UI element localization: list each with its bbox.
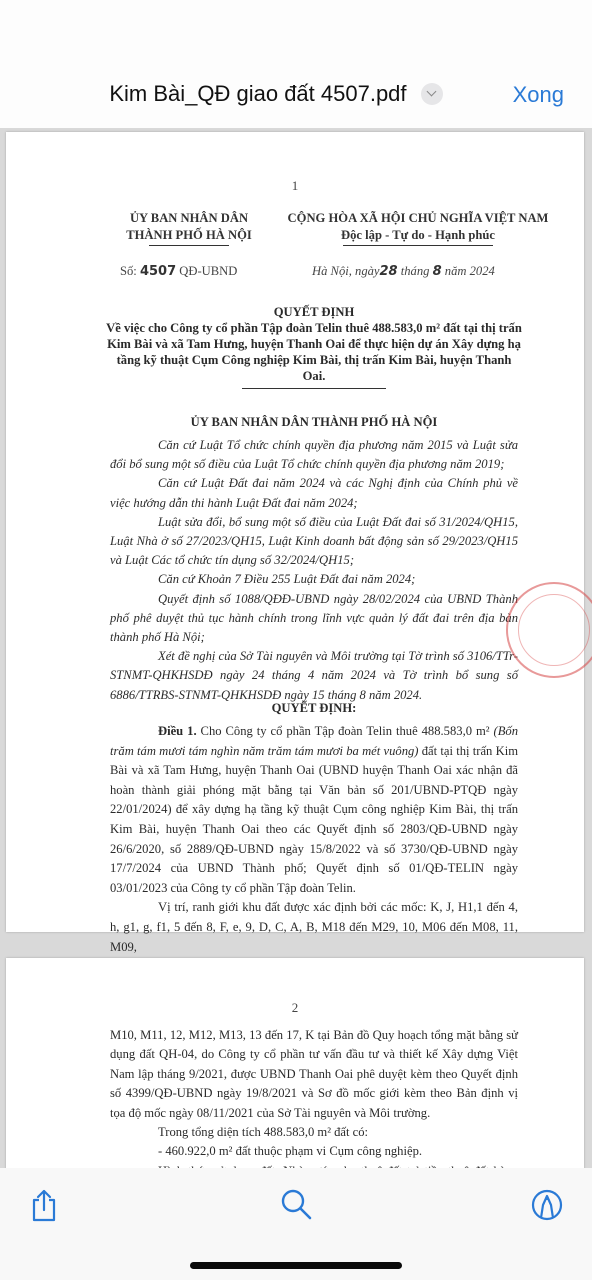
home-indicator[interactable]: [190, 1262, 402, 1269]
national-title: CỘNG HÒA XÃ HỘI CHỦ NGHĨA VIỆT NAM: [268, 210, 568, 227]
preamble-item: Căn cứ Luật Tổ chức chính quyền địa phươ…: [110, 436, 518, 474]
document-number: Số: 4507 QĐ-UBND: [120, 264, 237, 279]
search-icon: [280, 1188, 314, 1222]
search-button[interactable]: [280, 1188, 312, 1220]
issuer-line-1: ỦY BAN NHÂN DÂN: [114, 210, 264, 227]
markup-pen-icon: [530, 1188, 564, 1222]
pdf-page-1: 1 ỦY BAN NHÂN DÂN THÀNH PHỐ HÀ NỘI CỘNG …: [6, 132, 584, 932]
preamble-item: Quyết định số 1088/QĐĐ-UBND ngày 28/02/2…: [110, 590, 518, 648]
article-text: Cho Công ty cổ phần Tập đoàn Telin thuê …: [197, 724, 494, 738]
divider: [149, 245, 229, 246]
date-prefix: Hà Nội, ngày: [312, 264, 380, 278]
preamble-item: Xét đề nghị của Sở Tài nguyên và Môi trư…: [110, 647, 518, 705]
preamble-item: Căn cứ Khoản 7 Điều 255 Luật Đất đai năm…: [110, 570, 518, 589]
decision-title: QUYẾT ĐỊNH: [104, 304, 524, 320]
issuing-authority: ỦY BAN NHÂN DÂN THÀNH PHỐ HÀ NỘI: [104, 412, 524, 433]
total-area-text: Trong tổng diện tích 488.583,0 m² đất có…: [110, 1123, 518, 1142]
national-motto: Độc lập - Tự do - Hạnh phúc: [268, 227, 568, 244]
continuation-text: M10, M11, 12, M12, M13, 13 đến 17, K tại…: [110, 1026, 518, 1123]
decision-subject: Về việc cho Công ty cổ phần Tập đoàn Tel…: [104, 320, 524, 384]
pdf-page-2: 2 M10, M11, 12, M12, M13, 13 đến 17, K t…: [6, 958, 584, 1168]
article-text: đất tại thị trấn Kim Bài và xã Tam Hưng,…: [110, 744, 518, 895]
share-button[interactable]: [28, 1188, 60, 1220]
date-year: năm 2024: [442, 264, 495, 278]
doc-number-prefix: Số:: [120, 264, 140, 278]
markup-button[interactable]: [530, 1188, 562, 1220]
document-date: Hà Nội, ngày28 tháng 8 năm 2024: [312, 264, 495, 279]
pdf-viewer[interactable]: 1 ỦY BAN NHÂN DÂN THÀNH PHỐ HÀ NỘI CỘNG …: [0, 128, 592, 1168]
preamble-item: Luật sửa đổi, bổ sung một số điều của Lu…: [110, 513, 518, 571]
navigation-bar: Kim Bài_QĐ giao đất 4507.pdf Xong: [0, 0, 592, 128]
document-title-menu[interactable]: Kim Bài_QĐ giao đất 4507.pdf: [0, 80, 592, 107]
page-number: 1: [6, 178, 584, 194]
doc-number-handwritten: 4507: [140, 264, 176, 279]
issuer-line-2: THÀNH PHỐ HÀ NỘI: [114, 227, 264, 244]
share-icon: [28, 1188, 60, 1224]
doc-number-suffix: QĐ-UBND: [176, 264, 237, 278]
done-button[interactable]: Xong: [513, 82, 564, 108]
article-label: Điều 1.: [158, 724, 197, 738]
date-day: 28: [380, 264, 398, 279]
national-header: CỘNG HÒA XÃ HỘI CHỦ NGHĨA VIỆT NAM Độc l…: [268, 210, 568, 246]
decision-header: QUYẾT ĐỊNH Về việc cho Công ty cổ phần T…: [104, 304, 524, 389]
chevron-down-icon[interactable]: [421, 83, 443, 105]
date-month-label: tháng: [398, 264, 433, 278]
red-seal-stamp: [506, 582, 592, 678]
location-boundary-text: Vị trí, ranh giới khu đất được xác định …: [110, 898, 518, 957]
preamble-item: Căn cứ Luật Đất đai năm 2024 và các Nghị…: [110, 474, 518, 512]
date-month: 8: [433, 264, 442, 279]
decides-heading: QUYẾT ĐỊNH:: [104, 698, 524, 719]
article-1: Điều 1. Cho Công ty cổ phần Tập đoàn Tel…: [110, 722, 518, 957]
industrial-area-text: - 460.922,0 m² đất thuộc phạm vi Cụm côn…: [110, 1142, 518, 1161]
document-title: Kim Bài_QĐ giao đất 4507.pdf: [109, 81, 406, 107]
preamble: Căn cứ Luật Tổ chức chính quyền địa phươ…: [110, 436, 518, 705]
divider: [343, 245, 493, 246]
issuer-header: ỦY BAN NHÂN DÂN THÀNH PHỐ HÀ NỘI: [114, 210, 264, 246]
page-2-body: M10, M11, 12, M12, M13, 13 đến 17, K tại…: [110, 1026, 518, 1168]
divider: [242, 388, 386, 389]
page-number: 2: [6, 1000, 584, 1016]
